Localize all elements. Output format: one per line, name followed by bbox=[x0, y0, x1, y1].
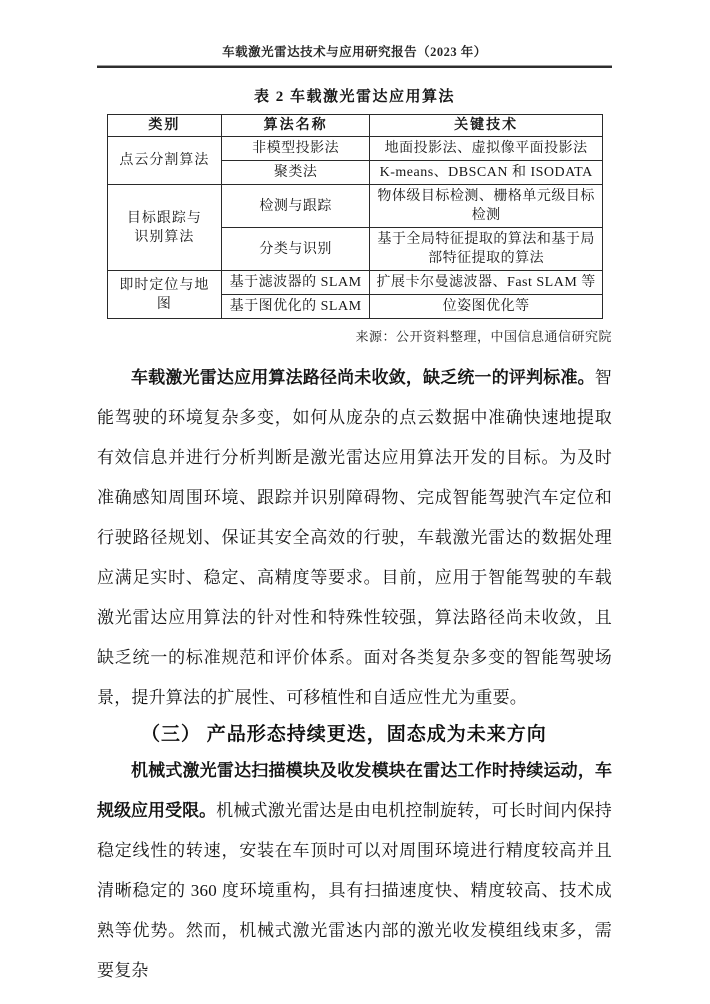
algorithm-name-cell: 分类与识别 bbox=[221, 228, 370, 271]
category-cell: 即时定位与地 图 bbox=[108, 271, 222, 319]
page-number: 8 bbox=[0, 921, 710, 936]
key-tech-cell: 基于全局特征提取的算法和基于局部特征提取的算法 bbox=[370, 228, 603, 271]
algorithm-name-cell: 聚类法 bbox=[221, 161, 370, 185]
key-tech-cell: 位姿图优化等 bbox=[370, 295, 603, 319]
algorithm-name-cell: 检测与跟踪 bbox=[221, 185, 370, 228]
category-cell: 目标跟踪与 识别算法 bbox=[108, 185, 222, 271]
category-cell: 点云分割算法 bbox=[108, 137, 222, 185]
col-header-algorithm-name: 算法名称 bbox=[221, 115, 370, 137]
header-rule bbox=[97, 65, 612, 68]
key-tech-cell: 物体级目标检测、栅格单元级目标检测 bbox=[370, 185, 603, 228]
algorithm-name-cell: 基于滤波器的 SLAM bbox=[221, 271, 370, 295]
table-row: 点云分割算法 非模型投影法 地面投影法、虚拟像平面投影法 bbox=[108, 137, 603, 161]
table-header-row: 类别 算法名称 关键技术 bbox=[108, 115, 603, 137]
table-caption: 表 2 车载激光雷达应用算法 bbox=[97, 85, 612, 106]
table-row: 目标跟踪与 识别算法 检测与跟踪 物体级目标检测、栅格单元级目标检测 bbox=[108, 185, 603, 228]
key-tech-cell: K-means、DBSCAN 和 ISODATA bbox=[370, 161, 603, 185]
source-note: 来源：公开资料整理，中国信息通信研究院 bbox=[97, 326, 612, 345]
key-tech-cell: 地面投影法、虚拟像平面投影法 bbox=[370, 137, 603, 161]
col-header-key-tech: 关键技术 bbox=[370, 115, 603, 137]
paragraph-body: 机械式激光雷达是由电机控制旋转，可长时间内保持稳定线性的转速，安装在车顶时可以对… bbox=[97, 801, 612, 980]
col-header-category: 类别 bbox=[108, 115, 222, 137]
algorithm-name-cell: 基于图优化的 SLAM bbox=[221, 295, 370, 319]
table-row: 即时定位与地 图 基于滤波器的 SLAM 扩展卡尔曼滤波器、Fast SLAM … bbox=[108, 271, 603, 295]
section-heading: （三） 产品形态持续更迭，固态成为未来方向 bbox=[97, 718, 612, 751]
algorithms-table: 类别 算法名称 关键技术 点云分割算法 非模型投影法 地面投影法、虚拟像平面投影… bbox=[107, 114, 603, 319]
algorithm-name-cell: 非模型投影法 bbox=[221, 137, 370, 161]
document-page: 车载激光雷达技术与应用研究报告（2023 年） 表 2 车载激光雷达应用算法 类… bbox=[0, 0, 710, 1004]
paragraph-body: 智能驾驶的环境复杂多变，如何从庞杂的点云数据中准确快速地提取有效信息并进行分析判… bbox=[97, 368, 612, 707]
running-header-title: 车载激光雷达技术与应用研究报告（2023 年） bbox=[97, 42, 612, 65]
lead-sentence: 车载激光雷达应用算法路径尚未收敛，缺乏统一的评判标准。 bbox=[131, 368, 595, 387]
paragraph-1: 车载激光雷达应用算法路径尚未收敛，缺乏统一的评判标准。智能驾驶的环境复杂多变，如… bbox=[97, 358, 612, 718]
paragraph-2: 机械式激光雷达扫描模块及收发模块在雷达工作时持续运动，车规级应用受限。机械式激光… bbox=[97, 751, 612, 991]
key-tech-cell: 扩展卡尔曼滤波器、Fast SLAM 等 bbox=[370, 271, 603, 295]
